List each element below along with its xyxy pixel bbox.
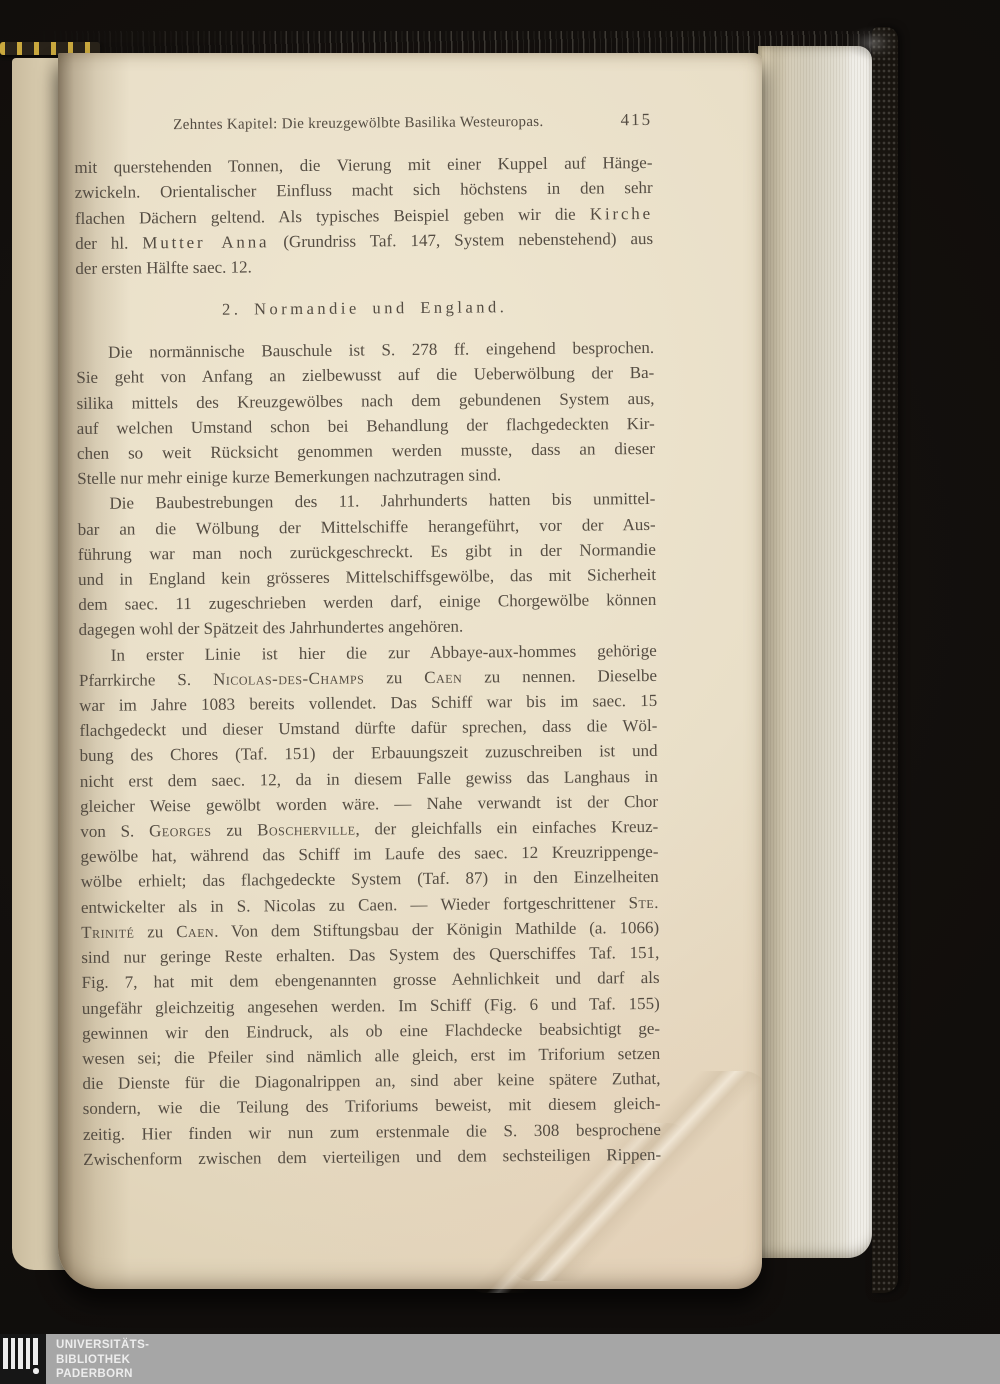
text-segment: dem saec. 11 zugeschrieben werden darf, …: [78, 590, 656, 614]
text-segment: Zwischenform zwischen dem vierteiligen u…: [83, 1145, 661, 1169]
text-segment: auf welchen Umstand schon bei Behandlung…: [77, 414, 655, 438]
page-number: 415: [620, 107, 652, 132]
library-name-line: UNIVERSITÄTS-: [56, 1338, 149, 1353]
logo-bar: [33, 1338, 38, 1365]
text-segment: Stelle nur mehr einige kurze Bemerkungen…: [77, 466, 501, 489]
text-segment: Caen: [176, 922, 214, 941]
library-logo: [0, 1334, 46, 1384]
text-segment: , der gleichfalls ein einfaches Kreuz-: [355, 817, 658, 839]
page-content: Zehntes Kapitel: Die kreuzgewölbte Basil…: [74, 107, 661, 1172]
text-segment: zeitig. Hier finden wir nun zum erstenma…: [83, 1119, 661, 1143]
section-heading: 2. Normandie und England.: [76, 292, 654, 324]
text-segment: silika mittels des Kreuzgewölbes nach de…: [76, 389, 654, 413]
logo-bar: [18, 1338, 23, 1369]
text-segment: wölbe erhielt; das flachgedeckte System …: [81, 867, 659, 891]
text-segment: ungefähr gleichzeitig angesehen werden. …: [82, 993, 660, 1017]
text-segment: Fig. 7, hat mit dem ebengenannten grosse…: [82, 968, 660, 992]
text-segment: zwickeln. Orientalischer Einfluss macht …: [75, 178, 653, 202]
text-segment: dagegen wohl der Spätzeit des Jahrhunder…: [78, 617, 463, 639]
library-logo-bars: [3, 1338, 38, 1369]
text-segment: war im Jahre 1083 bereits vollendet. Das…: [79, 691, 657, 715]
library-name-line: PADERBORN: [56, 1367, 149, 1382]
text-segment: Sie geht von Anfang an zielbewusst auf d…: [76, 363, 654, 387]
text-segment: entwickelter als in S. Nicolas zu Caen. …: [81, 893, 629, 917]
logo-bar: [3, 1338, 8, 1369]
library-banner: UNIVERSITÄTS- BIBLIOTHEK PADERBORN: [0, 1334, 1000, 1384]
text-segment: gewinnen wir den Eindruck, als ob eine F…: [82, 1019, 660, 1043]
library-name: UNIVERSITÄTS- BIBLIOTHEK PADERBORN: [56, 1338, 149, 1382]
text-segment: bar an die Wölbung der Mittelschiffe her…: [78, 515, 656, 539]
text-segment: (Grundriss Taf. 147, System nebenstehend…: [269, 229, 653, 251]
paragraph: Die Baubestrebungen des 11. Jahrhunderts…: [77, 486, 656, 642]
library-logo-dot: [33, 1368, 39, 1374]
text-segment: von S.: [80, 821, 149, 841]
paragraph: In erster Linie ist hier die zur Abbaye-…: [79, 638, 662, 1172]
library-name-line: BIBLIOTHEK: [56, 1353, 149, 1368]
text-segment: mit querstehenden Tonnen, die Vierung mi…: [74, 153, 652, 177]
text-segment: nicht erst dem saec. 12, da in diesem Fa…: [80, 767, 658, 791]
text-segment: und in England kein grösseres Mittelschi…: [78, 565, 656, 589]
text-segment: sind nur geringe Reste erhalten. Das Sys…: [81, 943, 659, 967]
text-segment: bung des Chores (Taf. 151) der Erbauungs…: [80, 741, 658, 765]
text-segment: Caen: [424, 667, 462, 686]
text-segment: zu: [134, 922, 176, 941]
book-cover-right-edge: [872, 27, 898, 1293]
logo-bar: [26, 1338, 31, 1369]
page-fore-edge: [758, 46, 872, 1258]
running-title: Zehntes Kapitel: Die kreuzgewölbte Basil…: [74, 109, 609, 139]
text-segment: flachgedeckt und dieser Umstand dürfte d…: [79, 716, 657, 740]
page-header: Zehntes Kapitel: Die kreuzgewölbte Basil…: [74, 107, 652, 139]
body-text: mit querstehenden Tonnen, die Vierung mi…: [74, 150, 661, 1172]
text-segment: Georges: [149, 821, 212, 841]
text-segment: gleicher Weise gewölbt worden wäre. — Na…: [80, 792, 658, 816]
text-line: der ersten Hälfte saec. 12.: [75, 251, 653, 281]
text-segment: wesen sei; die Pfeiler sind nämlich alle…: [82, 1044, 660, 1068]
text-line: der hl. Mutter Anna (Grundriss Taf. 147,…: [75, 226, 653, 256]
text-segment: Mutter Anna: [142, 232, 269, 252]
text-segment: In erster Linie ist hier die zur Abbaye-…: [111, 641, 657, 665]
text-segment: Die Baubestrebungen des 11. Jahrhunderts…: [109, 489, 655, 513]
text-segment: . Von dem Stiftungsbau der Königin Mathi…: [214, 918, 659, 941]
text-segment: Pfarrkirche S.: [79, 670, 213, 690]
text-segment: der hl.: [75, 233, 142, 253]
text-segment: gewölbe hat, während das Schiff im Laufe…: [80, 842, 658, 866]
text-segment: der ersten Hälfte saec. 12.: [75, 257, 252, 278]
paragraph: Die normännische Bauschule ist S. 278 ff…: [76, 335, 655, 491]
text-segment: Trinité: [81, 922, 134, 941]
text-segment: Kirche: [590, 204, 653, 224]
text-segment: Nicolas-des-Champs: [213, 668, 364, 688]
text-segment: Ste.: [628, 893, 659, 912]
photo-backdrop: Zehntes Kapitel: Die kreuzgewölbte Basil…: [0, 0, 1000, 1384]
text-segment: Die normännische Bauschule ist S. 278 ff…: [108, 338, 654, 362]
text-line: chen so weit Rücksicht genommen werden m…: [77, 436, 655, 466]
paragraph-group: mit querstehenden Tonnen, die Vierung mi…: [74, 150, 653, 281]
logo-bar: [11, 1338, 16, 1369]
cover-corner-wear: [846, 26, 898, 60]
book-page: Zehntes Kapitel: Die kreuzgewölbte Basil…: [58, 53, 762, 1289]
text-line: Zwischenform zwischen dem vierteiligen u…: [83, 1142, 661, 1172]
paragraph-group: Die normännische Bauschule ist S. 278 ff…: [76, 335, 661, 1172]
text-segment: führung war man noch zurückgeschreckt. E…: [78, 540, 656, 564]
text-segment: chen so weit Rücksicht genommen werden m…: [77, 439, 655, 463]
text-segment: zu: [364, 668, 424, 688]
text-segment: die Dienste für die Diagonalrippen an, s…: [82, 1069, 660, 1093]
text-segment: zu: [211, 821, 257, 840]
paragraph: mit querstehenden Tonnen, die Vierung mi…: [74, 150, 653, 281]
text-segment: flachen Dächern geltend. Als typisches B…: [75, 204, 590, 227]
text-segment: Boscherville: [257, 820, 356, 840]
text-segment: zu nennen. Dieselbe: [462, 666, 657, 687]
text-segment: sondern, wie die Teilung des Triforiums …: [83, 1094, 661, 1118]
